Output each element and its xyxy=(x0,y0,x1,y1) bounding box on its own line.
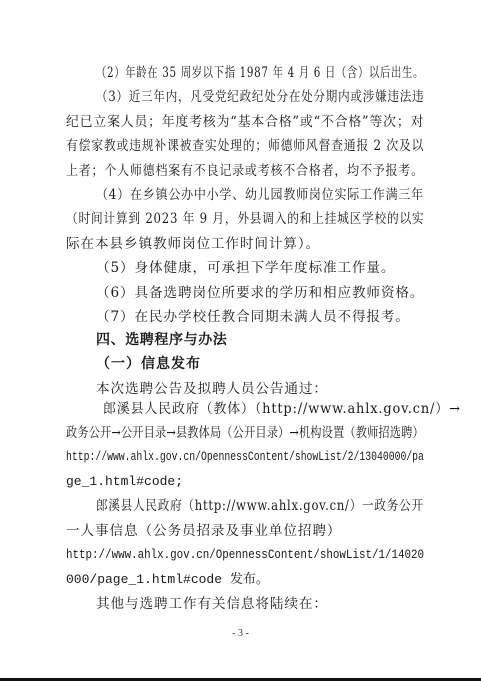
paragraph-discipline-line-2: 纪已立案人员；年度考核为“基本合格”或“不合格”等次；对 xyxy=(66,113,404,131)
paragraph-health: （5）身体健康，可承担下学年度标准工作量。 xyxy=(96,259,424,277)
paragraph-discipline-line-1: （3）近三年内，凡受党纪政纪处分在处分期内或涉嫌违法违 xyxy=(96,88,375,106)
body-line-other-info: 其他与选聘工作有关信息将陆续在： xyxy=(96,595,424,613)
body-line-gov-path: 政务公开→公开目录→县教体局（公开目录）→机构设置（教师招选聘） xyxy=(66,424,361,442)
paragraph-qualification: （6）具备选聘岗位所要求的学历和相应教师资格。 xyxy=(96,284,424,302)
subsection-heading: （一）信息发布 xyxy=(96,355,424,373)
paragraph-discipline-line-4: 上者；个人师德档案有不良记录或考核不合格者，均不予报考。 xyxy=(66,162,382,180)
paragraph-service-line-1: （4）在乡镇公办中小学、幼儿园教师岗位实际工作满三年 xyxy=(96,186,385,204)
paragraph-service-line-3: 际在本县乡镇教师岗位工作时间计算）。 xyxy=(66,235,424,253)
body-line-gov-site-1: 郎溪县人民政府（教体）（http://www.ahlx.gov.cn/）→ xyxy=(103,400,444,418)
paragraph-service-line-2: （时间计算到 2023 年 9 月，外县调入的和上挂城区学校的以实 xyxy=(66,210,374,228)
paragraph-private-school: （7）在民办学校任教合同期未满人员不得报考。 xyxy=(96,308,424,326)
body-line-personnel-info: 一人事信息（公务员招录及事业单位招聘） xyxy=(66,522,424,540)
body-line-url-1b: ge_1.html#code; xyxy=(66,473,424,491)
section-heading: 四、选聘程序与办法 xyxy=(96,331,424,349)
body-line-url-1a: http://www.ahlx.gov.cn/OpennessContent/s… xyxy=(66,448,335,466)
body-line-announcement: 本次选聘公告及拟聘人员公告通过： xyxy=(96,380,424,398)
body-line-gov-site-2: 郎溪县人民政府（http://www.ahlx.gov.cn/）一政务公开 xyxy=(96,497,375,515)
body-line-url-2b: 000/page_1.html#code 发布。 xyxy=(66,571,424,589)
document-page: （2）年龄在 35 周岁以下指 1987 年 4 月 6 日（含）以后出生。 （… xyxy=(0,0,481,681)
body-line-url-2a: http://www.ahlx.gov.cn/OpennessContent/s… xyxy=(66,546,365,564)
paragraph-discipline-line-3: 有偿家教或违规补课被查实处理的；师德师风督查通报 2 次及以 xyxy=(66,137,378,155)
page-number: - 3 - xyxy=(0,628,481,639)
paragraph-age: （2）年龄在 35 周岁以下指 1987 年 4 月 6 日（含）以后出生。 xyxy=(96,64,345,82)
